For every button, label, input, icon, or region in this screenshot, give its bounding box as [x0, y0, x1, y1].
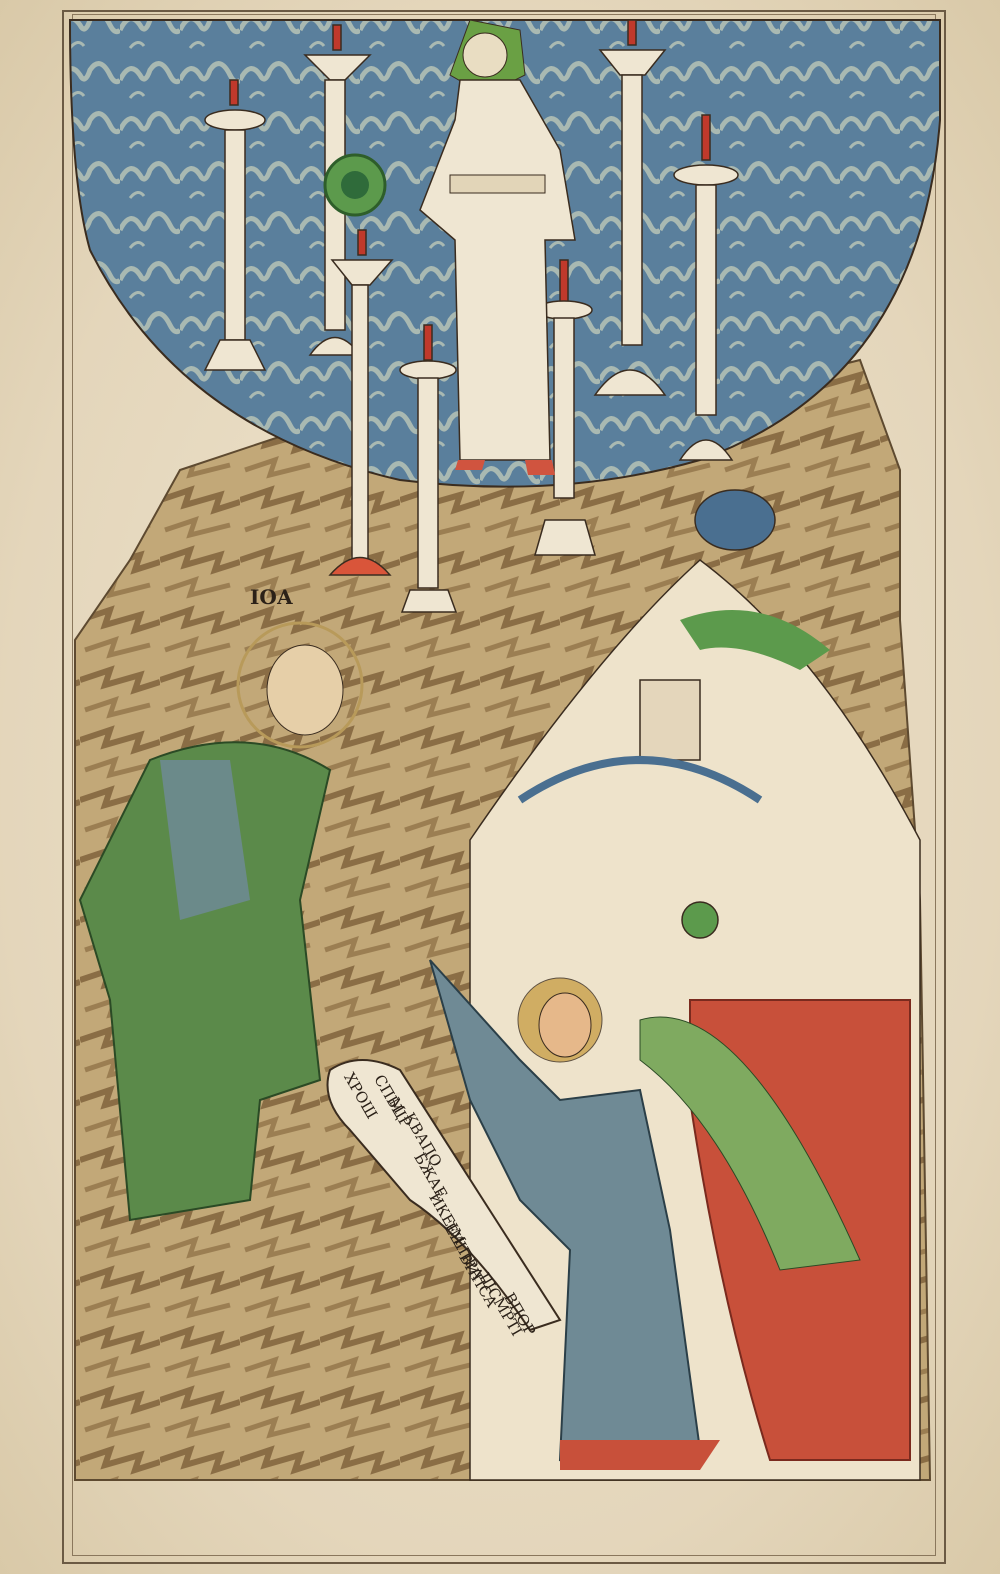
- illumination: [0, 0, 1000, 1574]
- inscription-ioa: ІОА: [250, 585, 293, 609]
